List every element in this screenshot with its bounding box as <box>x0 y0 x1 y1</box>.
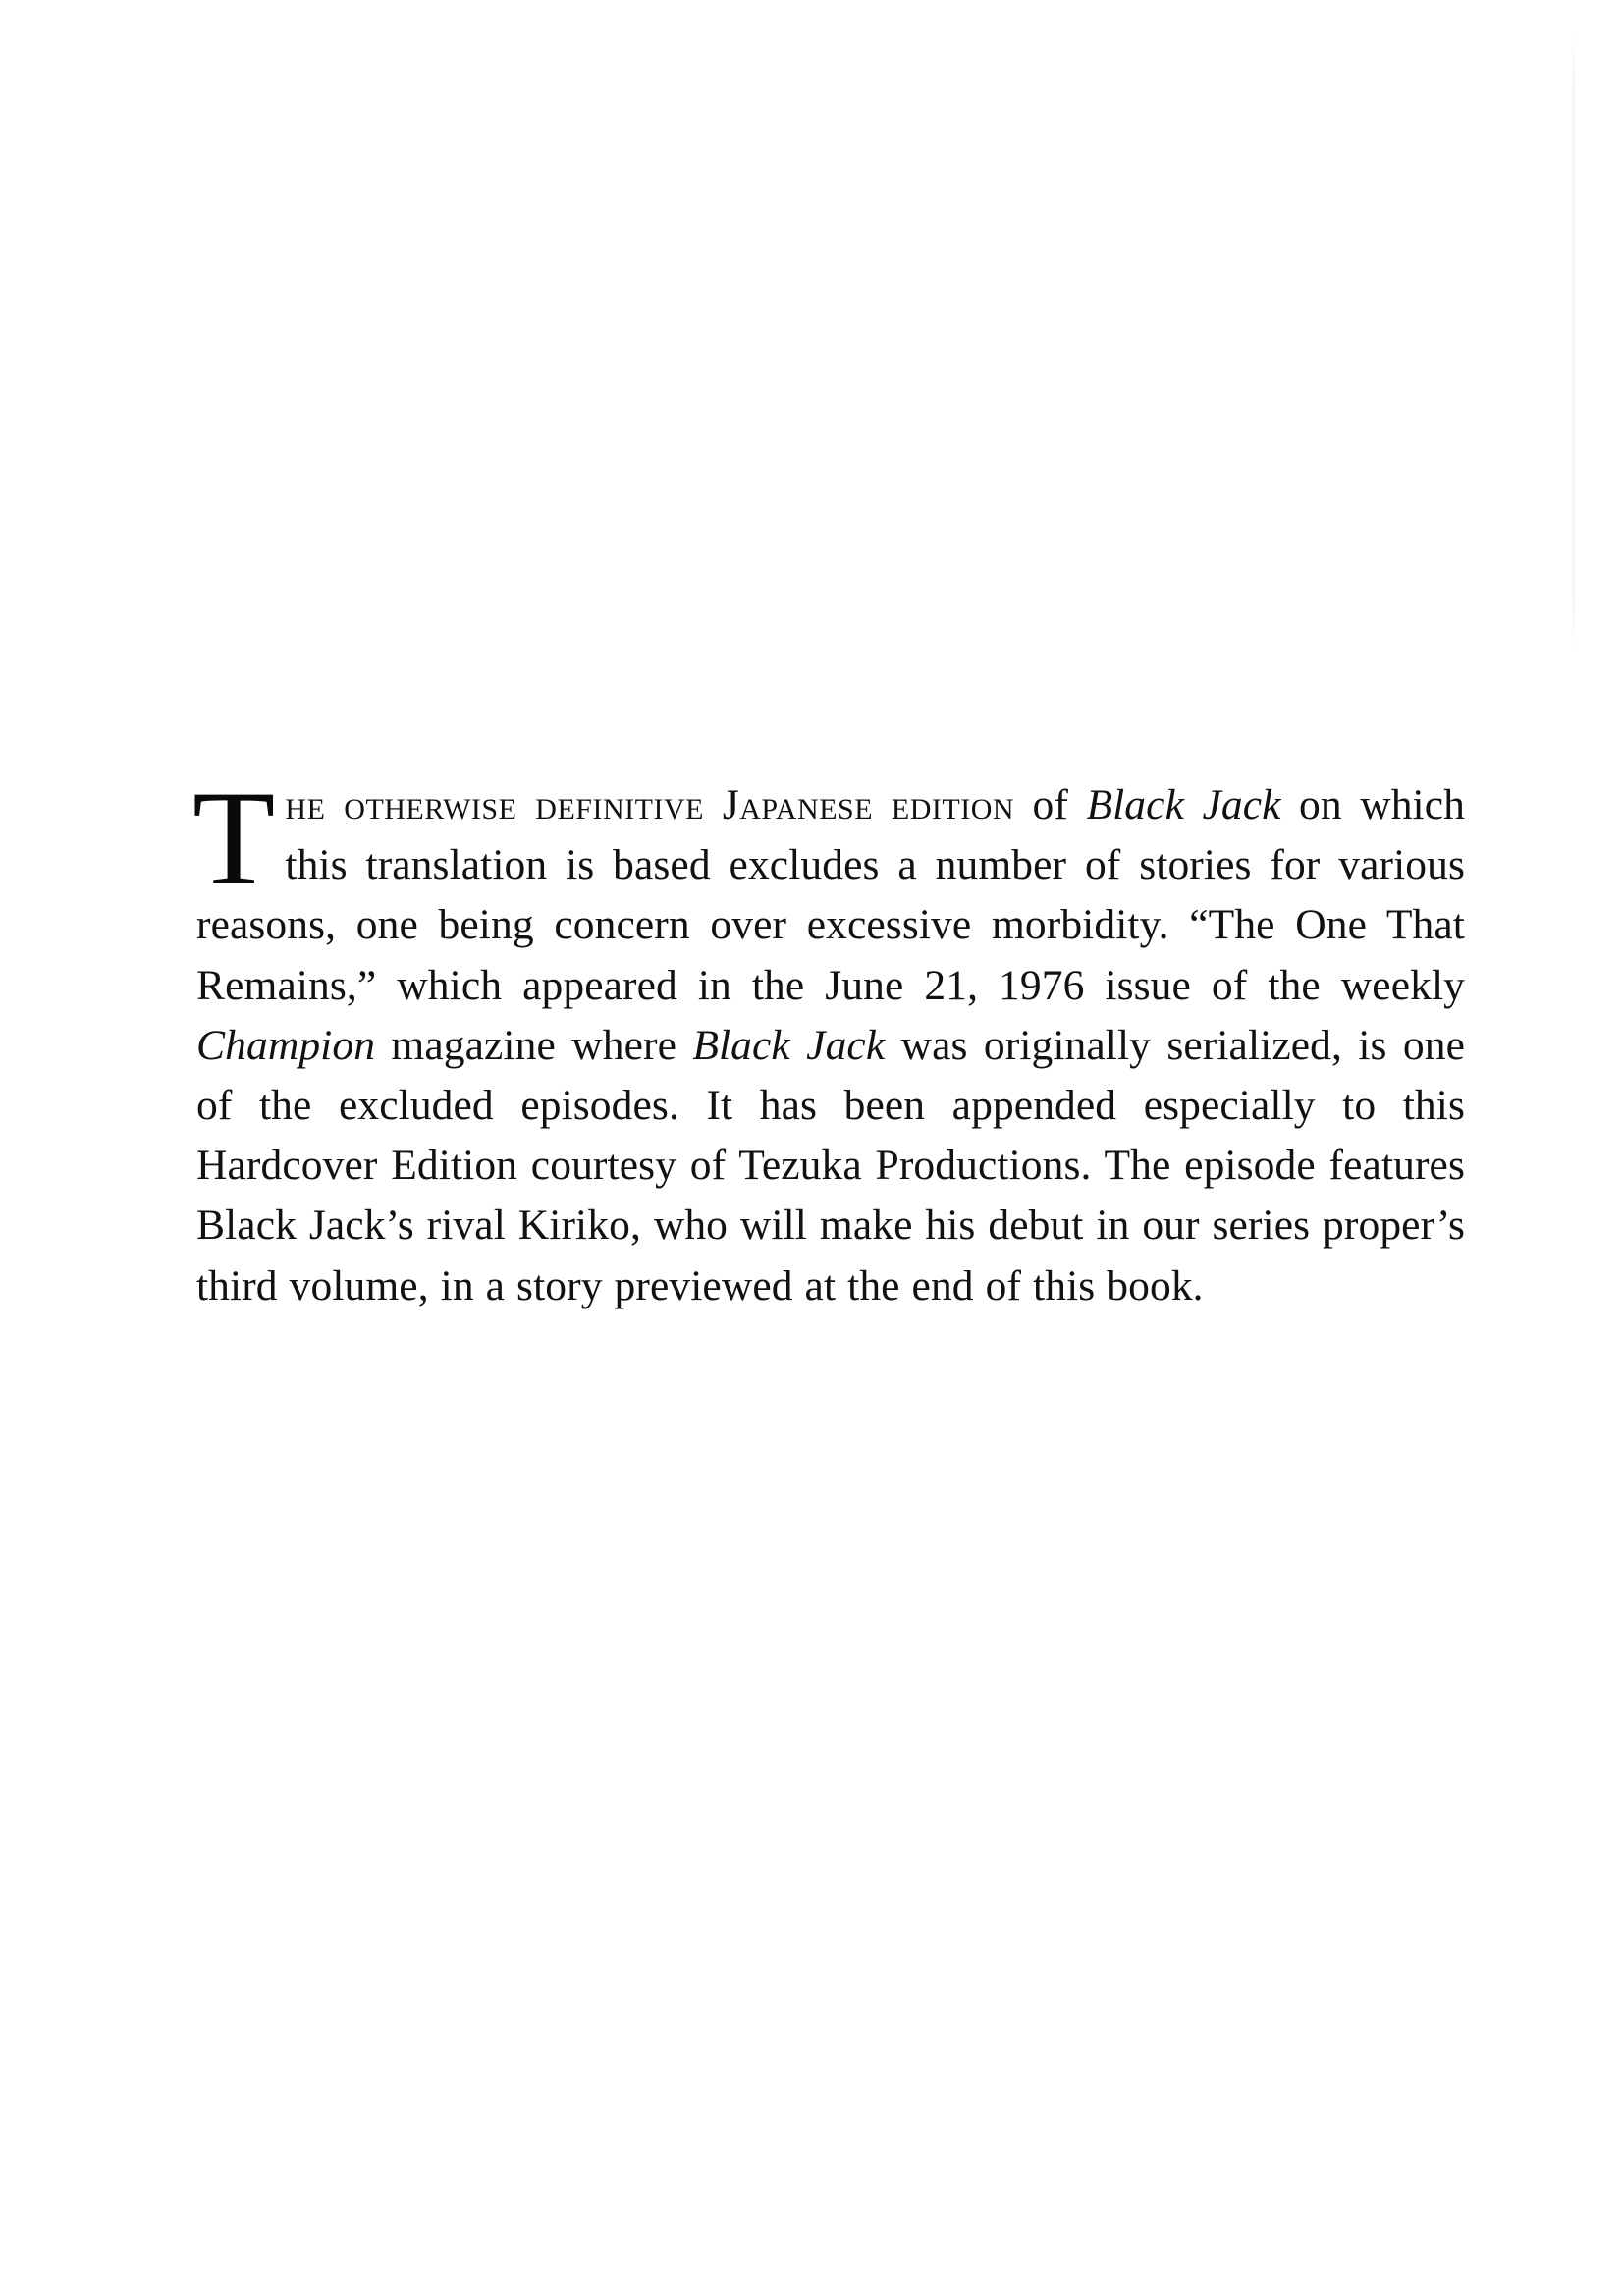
editorial-note-paragraph: THE OTHERWISE DEFINITIVE JAPANESE EDITIO… <box>196 775 1465 1316</box>
lead-in-text: HE OTHERWISE DEFINITIVE <box>285 781 704 828</box>
lead-in-rest: APANESE EDITION <box>739 781 1014 828</box>
lead-in-small-caps: HE OTHERWISE DEFINITIVE JAPANESE EDITION <box>285 781 1014 828</box>
scan-artifact-line <box>1572 29 1575 658</box>
drop-cap: T <box>192 787 275 889</box>
book-title-black-jack: Black Jack <box>692 1022 885 1069</box>
book-title-black-jack: Black Jack <box>1086 781 1280 828</box>
magazine-title-champion: Champion <box>196 1022 375 1069</box>
text-segment: magazine where <box>375 1022 692 1069</box>
lead-in-initial: J <box>723 781 739 828</box>
page-body: THE OTHERWISE DEFINITIVE JAPANESE EDITIO… <box>196 775 1465 1316</box>
text-segment: of <box>1014 781 1086 828</box>
